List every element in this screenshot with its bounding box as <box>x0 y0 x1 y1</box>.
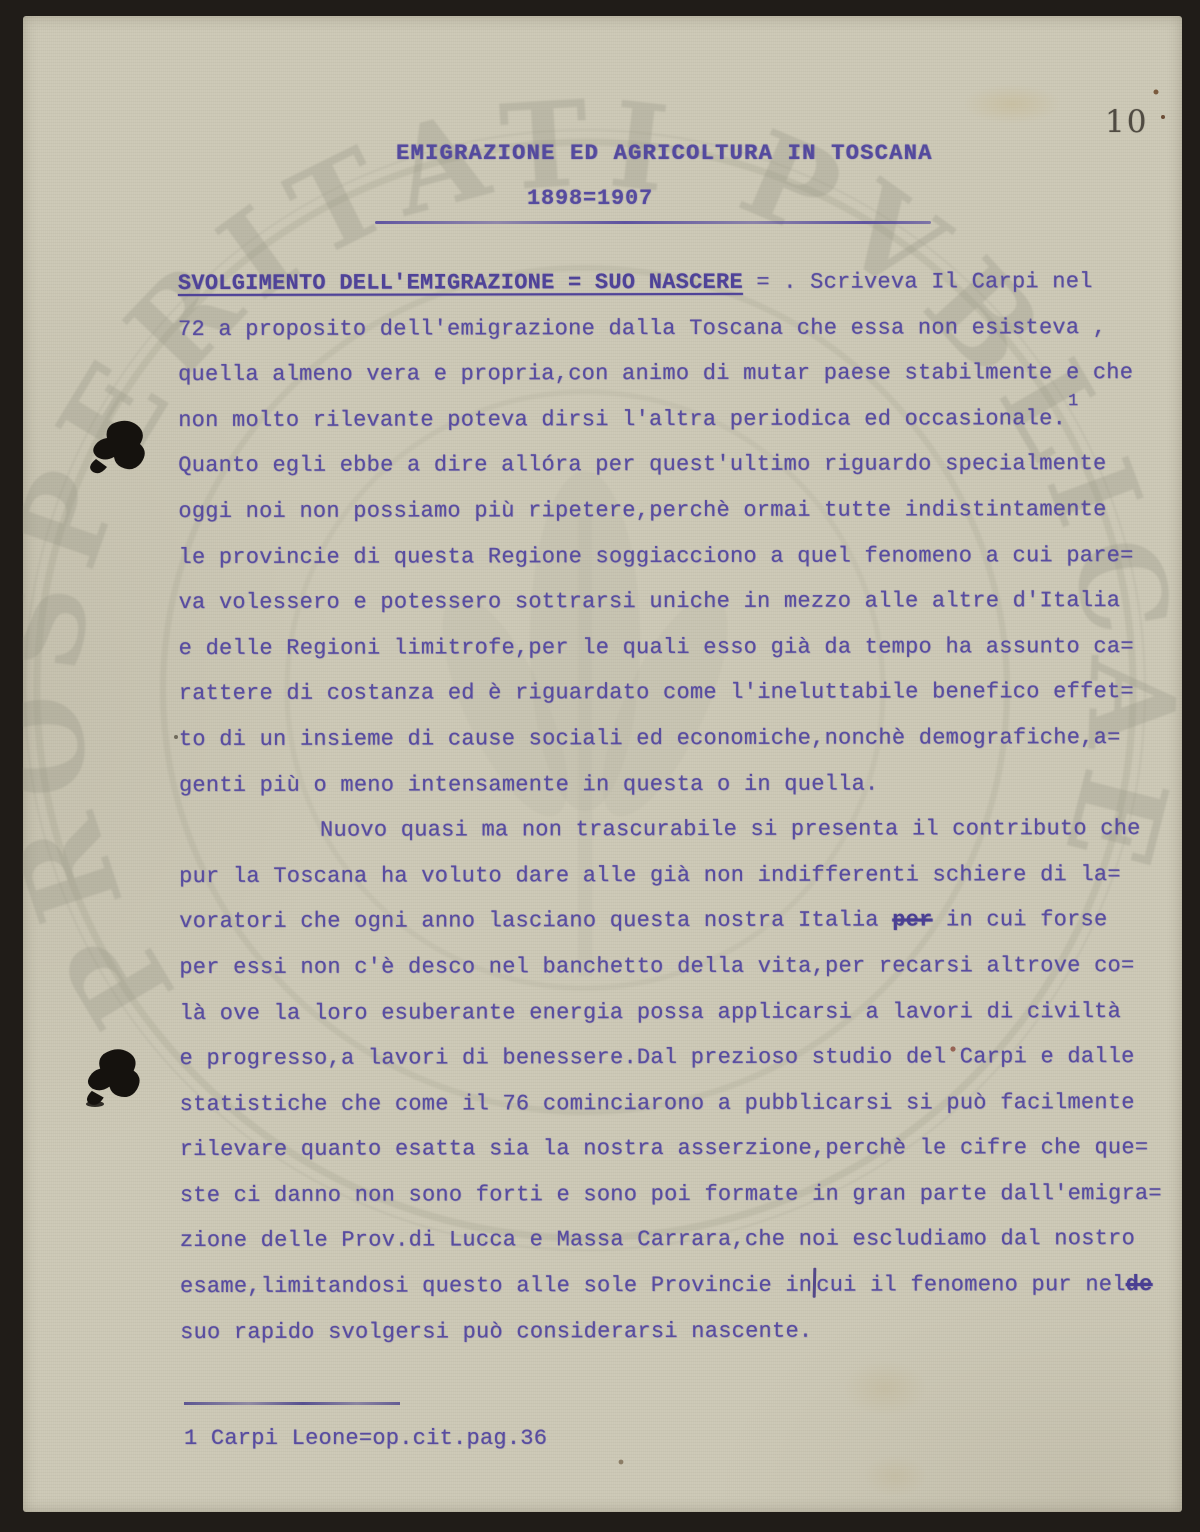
text-segment: 72 a proposito dell'emigrazione dalla To… <box>178 315 1106 342</box>
text-segment: Nuovo quasi ma non trascurabile si prese… <box>320 816 1141 843</box>
text-segment: va volessero e potessero sottrarsi unich… <box>179 588 1121 615</box>
text-segment: SVOLGIMENTO DELL'EMIGRAZIONE = SUO NASCE… <box>178 270 743 296</box>
text-line: genti più o meno intensamente in questa … <box>179 760 1169 808</box>
text-line: voratori che ogni anno lasciano questa n… <box>179 897 1169 945</box>
text-segment: rattere di costanza ed è riguardato come… <box>179 679 1134 706</box>
struck-text: de <box>1126 1272 1153 1297</box>
text-segment: Quanto egli ebbe a dire allóra per quest… <box>178 451 1106 478</box>
text-line: va volessero e potessero sottrarsi unich… <box>179 578 1169 626</box>
text-segment: ste ci danno non sono forti e sono poi f… <box>180 1181 1162 1208</box>
text-line: pur la Toscana ha voluto dare alle già n… <box>179 852 1169 900</box>
text-line: rilevare quanto esatta sia la nostra ass… <box>180 1125 1170 1173</box>
text-line: suo rapido svolgersi può considerarsi na… <box>180 1308 1170 1356</box>
text-segment: zione delle Prov.di Lucca e Massa Carrar… <box>180 1227 1135 1254</box>
text-segment: le provincie di questa Regione soggiacci… <box>178 543 1133 570</box>
text-line: non molto rilevante poteva dirsi l'altra… <box>178 396 1168 444</box>
text-segment: quella almeno vera e propria,con animo d… <box>178 360 1133 387</box>
footnote-text: 1 Carpi Leone=op.cit.pag.36 <box>184 1424 547 1454</box>
text-line: zione delle Prov.di Lucca e Massa Carrar… <box>180 1216 1170 1264</box>
text-line: SVOLGIMENTO DELL'EMIGRAZIONE = SUO NASCE… <box>178 259 1168 307</box>
text-line: e delle Regioni limitrofe,per le quali e… <box>179 624 1169 672</box>
text-line: e progresso,a lavori di benessere.Dal pr… <box>179 1034 1169 1082</box>
document-subtitle: 1898=1907 <box>527 186 653 211</box>
text-segment: e progresso,a lavori di benessere.Dal pr… <box>179 1044 1134 1071</box>
document-body: SVOLGIMENTO DELL'EMIGRAZIONE = SUO NASCE… <box>178 259 1170 1355</box>
text-segment: statistiche che come il 76 cominciarono … <box>180 1090 1135 1117</box>
page-number: 10 <box>1105 104 1148 140</box>
text-segment: cui il fenomeno pur nel <box>816 1272 1125 1298</box>
text-line: Quanto egli ebbe a dire allóra per quest… <box>178 441 1168 489</box>
text-segment: per essi non c'è desco nel banchetto del… <box>179 953 1134 980</box>
title-rule <box>375 221 931 224</box>
struck-text: per <box>892 908 932 933</box>
text-segment: non molto rilevante poteva dirsi l'altra… <box>178 406 1066 433</box>
text-line: là ove la loro esuberante energia possa … <box>179 988 1169 1036</box>
text-segment: esame,limitandosi questo alle sole Provi… <box>180 1273 812 1299</box>
text-line: statistiche che come il 76 cominciarono … <box>180 1080 1170 1128</box>
document-title: EMIGRAZIONE ED AGRICOLTURA IN TOSCANA <box>396 141 933 166</box>
text-segment: in cui forse <box>933 907 1108 932</box>
text-segment: oggi noi non possiamo più ripetere,perch… <box>178 497 1106 524</box>
text-line: esame,limitandosi questo alle sole Provi… <box>180 1262 1170 1310</box>
text-line: per essi non c'è desco nel banchetto del… <box>179 943 1169 991</box>
document-page: PROSPERITATI PVBLICAE 10 EMIGRAZIONE ED … <box>23 16 1182 1512</box>
text-line: to di un insieme di cause sociali ed eco… <box>179 715 1169 763</box>
text-line: quella almeno vera e propria,con animo d… <box>178 350 1168 398</box>
text-segment: suo rapido svolgersi può considerarsi na… <box>180 1318 812 1344</box>
text-segment: = . Scriveva Il Carpi nel <box>743 269 1093 295</box>
text-line: Nuovo quasi ma non trascurabile si prese… <box>179 806 1169 854</box>
text-line: ste ci danno non sono forti e sono poi f… <box>180 1171 1170 1219</box>
text-segment: to di un insieme di cause sociali ed eco… <box>179 725 1121 752</box>
footnote-reference: 1 <box>1068 392 1078 411</box>
text-segment: là ove la loro esuberante energia possa … <box>179 999 1121 1026</box>
text-line: 72 a proposito dell'emigrazione dalla To… <box>178 305 1168 353</box>
text-line: oggi noi non possiamo più ripetere,perch… <box>178 487 1168 535</box>
text-line: rattere di costanza ed è riguardato come… <box>179 669 1169 717</box>
text-line: le provincie di questa Regione soggiacci… <box>178 533 1168 581</box>
text-segment: pur la Toscana ha voluto dare alle già n… <box>179 862 1121 889</box>
scan-background: { "page": { "number": "10", "title": "EM… <box>0 0 1200 1532</box>
text-segment: genti più o meno intensamente in questa … <box>179 771 879 797</box>
footnote-rule <box>184 1402 400 1405</box>
text-segment: rilevare quanto esatta sia la nostra ass… <box>180 1135 1149 1162</box>
text-segment: voratori che ogni anno lasciano questa n… <box>179 908 892 934</box>
text-segment: e delle Regioni limitrofe,per le quali e… <box>179 634 1134 661</box>
